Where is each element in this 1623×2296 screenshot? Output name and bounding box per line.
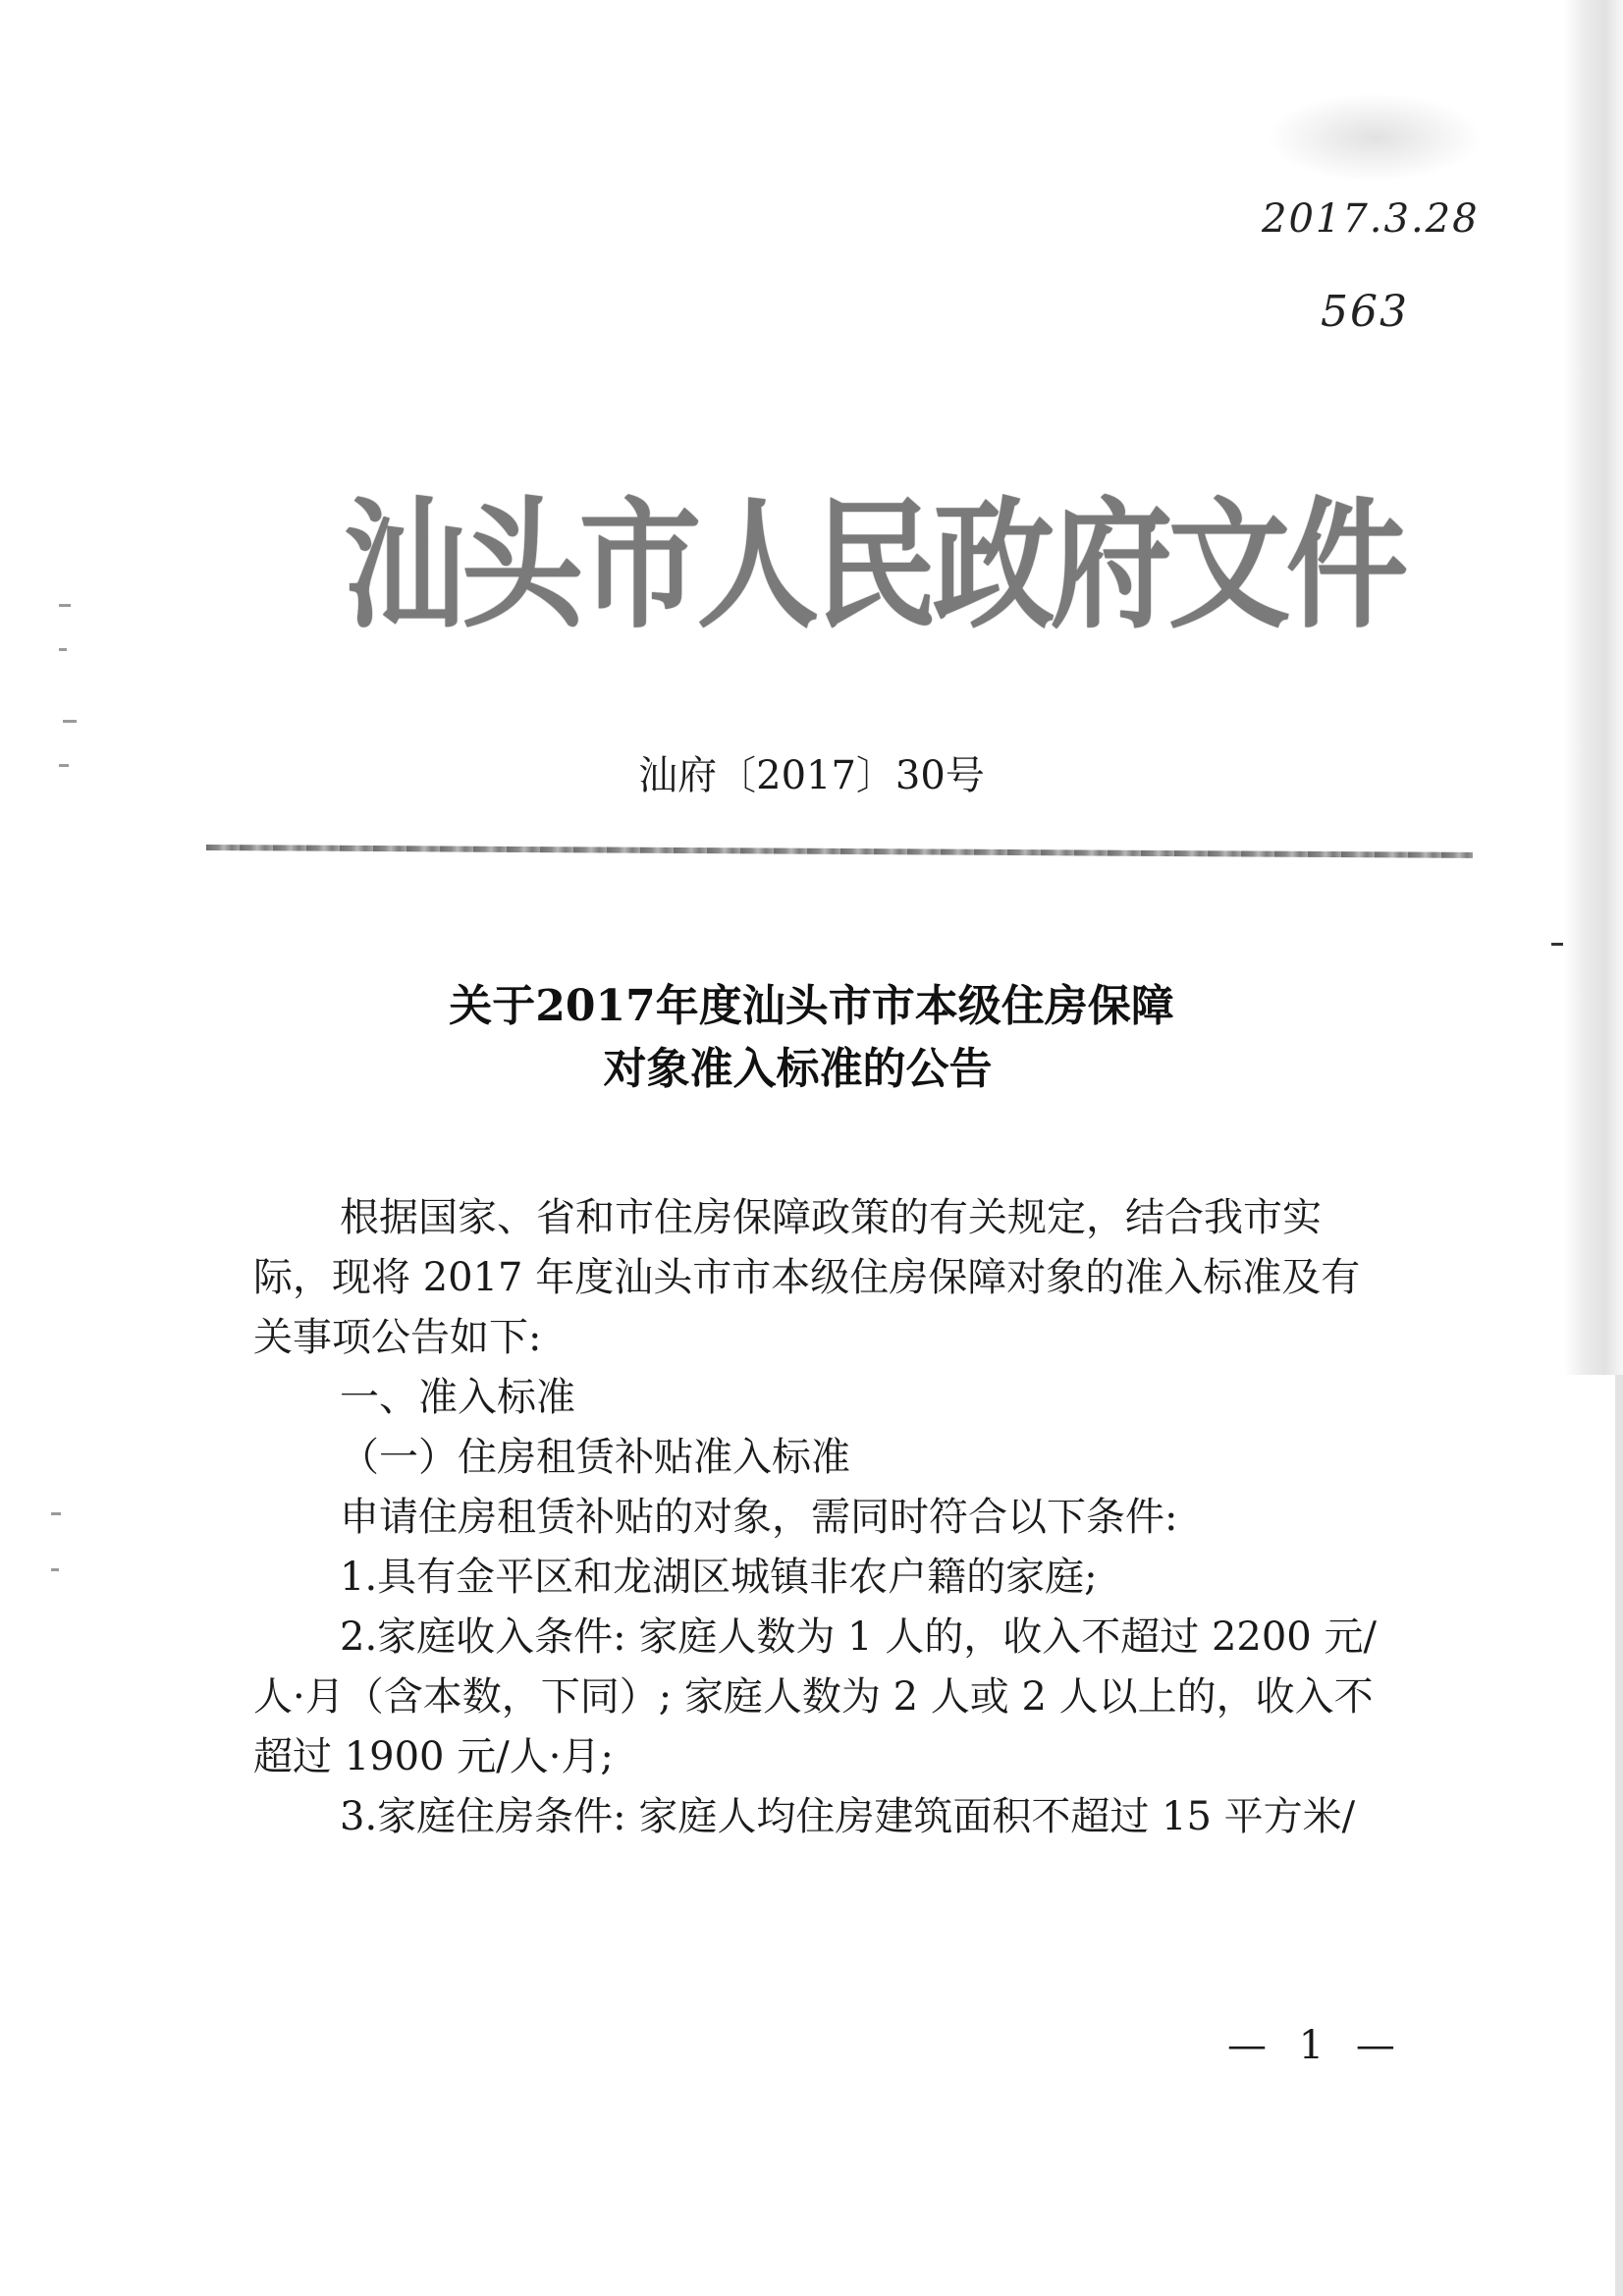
page-number: — 1 — xyxy=(1227,2023,1405,2068)
scan-speck xyxy=(51,1512,61,1515)
subsection-lead: 申请住房租赁补贴的对象，需同时符合以下条件: xyxy=(253,1488,1432,1548)
document-number: 汕府〔2017〕30号 xyxy=(0,744,1623,800)
handwritten-date: 2017.3.28 xyxy=(1262,196,1480,242)
document-body: 根据国家、省和市住房保障政策的有关规定，结合我市实 际，现将 2017 年度汕头… xyxy=(253,1188,1432,1847)
document-title-line-2: 对象准入标准的公告 xyxy=(0,1033,1609,1096)
masthead-title: 汕头市人民政府文件 xyxy=(344,454,1335,655)
intro-line-1: 根据国家、省和市住房保障政策的有关规定，结合我市实 xyxy=(253,1188,1432,1248)
section-heading: 一、准入标准 xyxy=(253,1368,1432,1428)
scan-edge-artifact-lower xyxy=(1615,1375,1623,2296)
intro-line-2: 际，现将 2017 年度汕头市市本级住房保障对象的准入标准及有 xyxy=(253,1248,1432,1308)
scan-speck xyxy=(59,604,71,607)
scan-speck xyxy=(59,648,67,651)
masthead-divider-rule xyxy=(206,845,1473,858)
scan-speck xyxy=(1551,943,1563,946)
document-page: 2017.3.28 563 汕头市人民政府文件 汕府〔2017〕30号 关于20… xyxy=(0,0,1623,2296)
condition-2-line-2: 人·月（含本数，下同）; 家庭人数为 2 人或 2 人以上的，收入不 xyxy=(253,1667,1432,1727)
condition-3-line-1: 3.家庭住房条件: 家庭人均住房建筑面积不超过 15 平方米/ xyxy=(253,1787,1432,1847)
scan-edge-artifact xyxy=(1564,0,1623,1375)
document-title-line-1: 关于2017年度汕头市市本级住房保障 xyxy=(0,970,1623,1033)
scan-speck xyxy=(51,1568,59,1571)
scan-speck xyxy=(63,720,77,723)
subsection-heading: （一）住房租赁补贴准入标准 xyxy=(253,1428,1432,1488)
faded-receipt-stamp xyxy=(1267,93,1483,182)
condition-2-line-3: 超过 1900 元/人·月; xyxy=(253,1727,1432,1787)
condition-2-line-1: 2.家庭收入条件: 家庭人数为 1 人的，收入不超过 2200 元/ xyxy=(253,1608,1432,1667)
intro-line-3: 关事项公告如下: xyxy=(253,1308,1432,1368)
condition-1-line-1: 1.具有金平区和龙湖区城镇非农户籍的家庭; xyxy=(253,1548,1432,1608)
handwritten-number: 563 xyxy=(1321,287,1409,337)
